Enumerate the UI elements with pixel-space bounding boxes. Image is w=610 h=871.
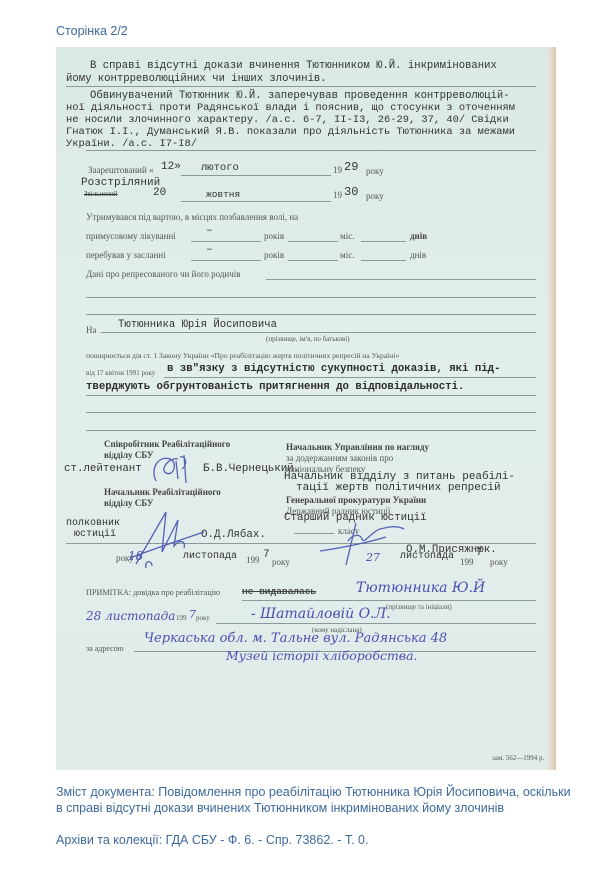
- officer-title-line-2: відділу СБУ: [104, 450, 154, 460]
- exile-label: перебував у засланні: [86, 250, 166, 260]
- print-mark: зам. 562—1994 р.: [492, 754, 544, 762]
- released-label-struck: Звільнений: [84, 190, 118, 198]
- note-date: 28 листопада: [86, 609, 175, 623]
- note-recipient-caption: (прізвище та ініціали): [386, 603, 452, 611]
- right-typed-title-line-2: тації жертв політичних репресій: [296, 482, 501, 494]
- shot-year: 30: [344, 185, 358, 199]
- paragraph-1-line-2: йому контрреволюційних чи інших злочинів…: [66, 73, 327, 85]
- shot-label: Розстріляний: [81, 177, 160, 189]
- left-date-month: листопада: [183, 551, 237, 562]
- arrested-day: 12»: [161, 161, 181, 173]
- address-line-1: Черкаська обл. м. Тальне вул. Радянська …: [144, 631, 447, 646]
- paragraph-2-line-5: України. /а.с. I7-I8/: [66, 138, 197, 150]
- on-label: На: [86, 325, 97, 335]
- head-title-line-1: Начальник Реабілітаційного: [104, 487, 221, 497]
- head-name: О.Д.Лябах.: [201, 529, 266, 541]
- relatives-label: Дані про репресованого чи його родичів: [86, 269, 241, 279]
- paragraph-1-line-1: В справі відсутні докази вчинення Тютюнн…: [90, 60, 497, 72]
- shot-month: жовтня: [206, 189, 240, 200]
- right-signature: [316, 517, 406, 567]
- paragraph-2-line-3: не носили злочинного характеру. /а.с. 6-…: [66, 114, 509, 126]
- officer-signature: [148, 451, 198, 487]
- law-date: від 17 квітня 1991 року: [86, 369, 155, 377]
- name-caption: (прізвище, ім'я, по батькові): [266, 335, 350, 343]
- document-scan: В справі відсутні докази вчинення Тютюнн…: [56, 47, 556, 770]
- paragraph-2-line-1: Обвинувачений Тютюнник Ю.Й. заперечував …: [90, 90, 510, 102]
- paragraph-2-line-2: ної діяльності проти Радянської влади і …: [66, 102, 515, 114]
- reason-line-1: в зв"язку з відсутністю сукупності доказ…: [167, 363, 501, 375]
- forced-treatment-value: –: [206, 225, 213, 237]
- document-footer: Зміст документа: Повідомлення про реабіл…: [56, 784, 576, 848]
- address-line-2: Музей історії хліборобства.: [226, 648, 418, 663]
- forced-treatment-label: примусовому лікуванні: [86, 231, 176, 241]
- head-rank-line-1: полковник: [66, 518, 120, 529]
- held-label: Утримувався під вартою, в місцях позбавл…: [86, 212, 298, 222]
- paragraph-2-line-4: Гнатюк І.І., Думанський Я.В. показали пр…: [66, 126, 515, 138]
- right-date-day: 27: [366, 551, 380, 564]
- right-date-month: листопада: [400, 551, 454, 562]
- left-date-year: 7: [263, 549, 270, 561]
- address-label: за адресою: [86, 644, 124, 653]
- shot-day: 20: [153, 187, 166, 199]
- arrested-month: лютого: [201, 162, 239, 174]
- right-org: Генеральної прокуратури України: [286, 495, 426, 505]
- reason-line-2: тверджують обгрунтованість притягнення д…: [86, 381, 464, 393]
- document-content-description: Зміст документа: Повідомлення про реабіл…: [56, 784, 576, 816]
- arrested-year: 29: [344, 160, 358, 174]
- archive-reference: Архіви та колекції: ГДА СБУ - Ф. 6. - Сп…: [56, 832, 576, 848]
- left-date-day: 18: [128, 549, 143, 563]
- arrested-label: Заарештований «: [88, 165, 154, 175]
- exile-value: –: [206, 244, 213, 256]
- note-recipient: Тютюнника Ю.Й: [356, 580, 485, 596]
- page-indicator: Сторінка 2/2: [56, 24, 128, 38]
- right-title-line-2: за додержанням законів про: [286, 453, 393, 463]
- note-status-struck: не видавалась: [242, 586, 316, 597]
- note-label: ПРИМІТКА: довідка про реабілітацію: [86, 588, 220, 597]
- right-title-line-1: Начальник Управління по нагляду: [286, 442, 429, 452]
- right-date-year: 7: [476, 547, 483, 559]
- officer-rank: ст.лейтенант: [64, 463, 142, 475]
- note-sent-to: - Шатайловій О.Л.: [251, 606, 391, 622]
- law-text: поширюється дія ст. 1 Закону України «Пр…: [86, 351, 399, 360]
- head-rank-line-2: юстиції: [74, 529, 116, 540]
- person-name: Тютюнника Юрія Йосиповича: [118, 319, 277, 331]
- officer-title-line-1: Співробітник Реабілітаційного: [104, 439, 230, 449]
